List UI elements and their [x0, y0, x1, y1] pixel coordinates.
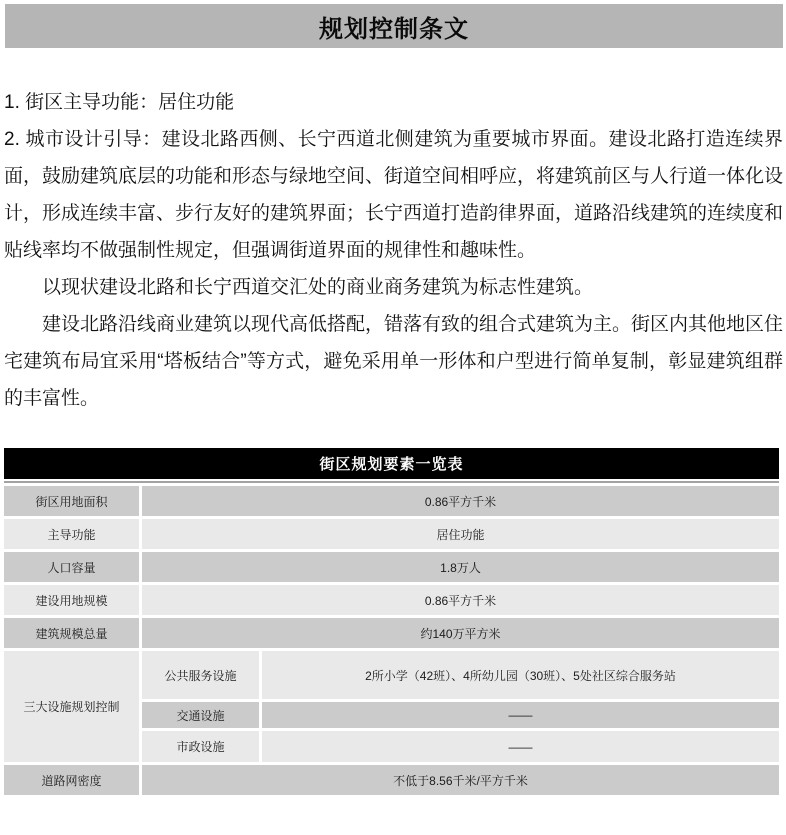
row-building-scale-total: 建筑规模总量 约140万平方米: [4, 618, 779, 648]
table-header-divider: [4, 481, 779, 483]
row-value: 1.8万人: [142, 552, 779, 582]
row-value: 不低于8.56千米/平方千米: [142, 765, 779, 795]
row-value: 约140万平方米: [142, 618, 779, 648]
row-value: 0.86平方千米: [142, 486, 779, 516]
row-land-area: 街区用地面积 0.86平方千米: [4, 486, 779, 516]
body-text: 1. 街区主导功能：居住功能 2. 城市设计引导：建设北路西侧、长宁西道北侧建筑…: [4, 84, 783, 417]
subrow-municipal-label: 市政设施: [142, 731, 259, 762]
table-title: 街区规划要素一览表: [4, 448, 779, 479]
row-main-function: 主导功能 居住功能: [4, 519, 779, 549]
subrow-public-services-value: 2所小学（42班）、4所幼儿园（30班）、5处社区综合服务站: [262, 651, 779, 699]
row-label: 建设用地规模: [4, 585, 139, 615]
subrow-municipal-value: ——: [262, 731, 779, 762]
row-label: 人口容量: [4, 552, 139, 582]
row-label: 道路网密度: [4, 765, 139, 795]
planning-elements-table: 街区规划要素一览表 街区用地面积 0.86平方千米 主导功能 居住功能 人口容量…: [4, 448, 779, 795]
row-label: 建筑规模总量: [4, 618, 139, 648]
row-value: 0.86平方千米: [142, 585, 779, 615]
document-page: 规划控制条文 1. 街区主导功能：居住功能 2. 城市设计引导：建设北路西侧、长…: [0, 0, 786, 835]
row-value: 居住功能: [142, 519, 779, 549]
document-title: 规划控制条文: [319, 9, 469, 44]
paragraph-main-function: 1. 街区主导功能：居住功能: [4, 84, 783, 121]
group-label: 三大设施规划控制: [4, 651, 139, 762]
paragraph-landmark-building: 以现状建设北路和长宁西道交汇处的商业商务建筑为标志性建筑。: [4, 269, 783, 306]
three-facilities-group: 三大设施规划控制 公共服务设施 2所小学（42班）、4所幼儿园（30班）、5处社…: [4, 651, 779, 762]
row-label: 街区用地面积: [4, 486, 139, 516]
row-label: 主导功能: [4, 519, 139, 549]
subrow-public-services-label: 公共服务设施: [142, 651, 259, 699]
paragraph-urban-design-guidance: 2. 城市设计引导：建设北路西侧、长宁西道北侧建筑为重要城市界面。建设北路打造连…: [4, 121, 783, 269]
document-title-bar: 规划控制条文: [5, 4, 783, 48]
row-construction-land-scale: 建设用地规模 0.86平方千米: [4, 585, 779, 615]
subrow-transport-label: 交通设施: [142, 702, 259, 728]
paragraph-building-layout: 建设北路沿线商业建筑以现代高低搭配，错落有致的组合式建筑为主。街区内其他地区住宅…: [4, 306, 783, 417]
subrow-transport-value: ——: [262, 702, 779, 728]
row-road-network-density: 道路网密度 不低于8.56千米/平方千米: [4, 765, 779, 795]
row-population-capacity: 人口容量 1.8万人: [4, 552, 779, 582]
